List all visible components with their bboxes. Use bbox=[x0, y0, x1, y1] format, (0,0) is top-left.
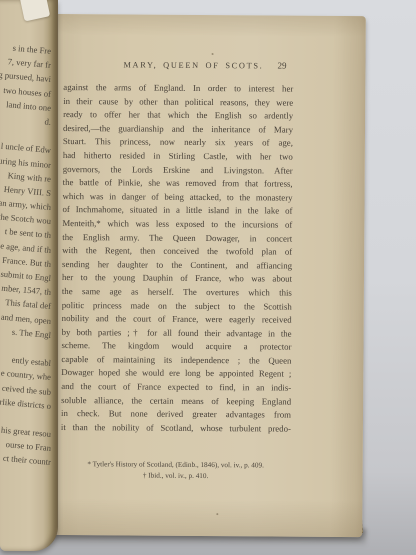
body-line: with the Regent, then conceived the twof… bbox=[62, 244, 292, 259]
paper-speck bbox=[212, 53, 214, 55]
facing-page-edge: s in the Fre 7, very far fr g pursued, h… bbox=[0, 0, 58, 551]
body-line: in check. But none derived greater advan… bbox=[61, 407, 291, 422]
facing-page-text: s in the Fre 7, very far fr g pursued, h… bbox=[0, 44, 51, 470]
footnote: † Ibid., vol. iv., p. 410. bbox=[59, 470, 293, 483]
paper-speck bbox=[216, 513, 218, 515]
facing-page-top-corner bbox=[20, 0, 50, 21]
footnotes: * Tytler's History of Scotland, (Edinb.,… bbox=[59, 459, 293, 483]
body-line: scheme. The kingdom would acquire a prot… bbox=[61, 339, 291, 354]
footnote: * Tytler's History of Scotland, (Edinb.,… bbox=[59, 459, 293, 472]
body-line: the battle of Pinkie, she was removed fr… bbox=[63, 176, 293, 191]
body-line: the same age as herself. The overtures w… bbox=[62, 285, 292, 300]
body-line: against the arms of England. In order to… bbox=[63, 81, 293, 96]
body-line: and the court of France expected to find… bbox=[61, 380, 291, 395]
running-header: MARY, QUEEN OF SCOTS. bbox=[78, 60, 308, 71]
page-number: 29 bbox=[277, 61, 297, 71]
body-line: it than the nobility of Scotland, whose … bbox=[61, 421, 291, 436]
body-line: nobility and the court of France, were e… bbox=[62, 312, 292, 327]
book-page: MARY, QUEEN OF SCOTS. 29 against the arm… bbox=[40, 14, 366, 537]
body-line: had hitherto resided in Stirling Castle,… bbox=[63, 149, 293, 164]
body-line: Menteith,* which was less exposed to the… bbox=[62, 217, 292, 232]
body-text: against the arms of England. In order to… bbox=[61, 81, 293, 436]
body-line: her to the young Dauphin of France, who … bbox=[62, 271, 292, 286]
body-line: ready to offer her that which the Englis… bbox=[63, 108, 293, 123]
